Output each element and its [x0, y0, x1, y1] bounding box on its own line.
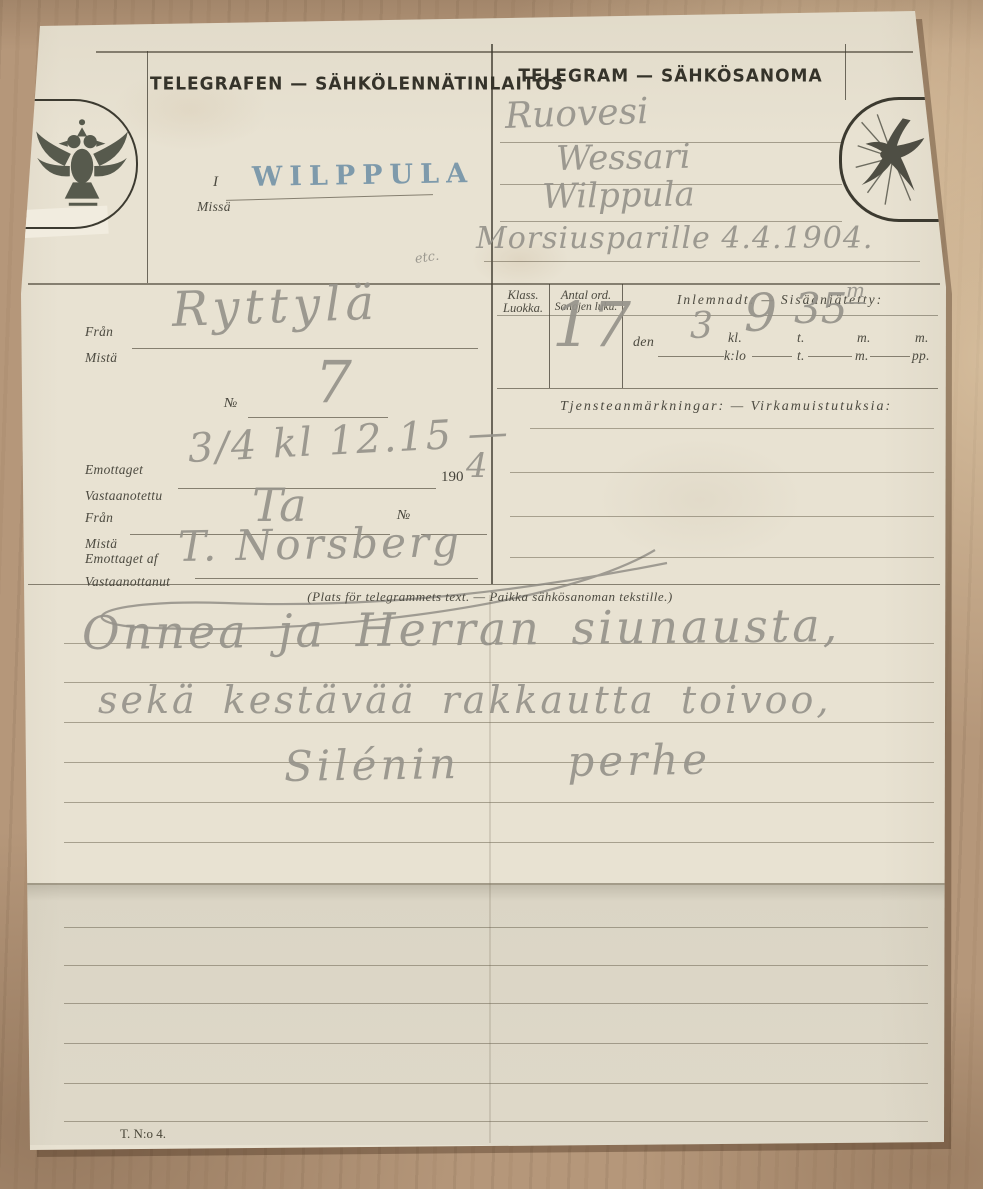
t-sup-handwriting: m: [846, 278, 865, 304]
right-margin-rule: [845, 44, 846, 100]
t-label-fi: t.: [797, 348, 805, 364]
den-line: [658, 356, 724, 357]
address-handwriting: Ruovesi: [504, 91, 649, 137]
form-ref-number: T. N:o 4.: [120, 1126, 166, 1142]
photo-of-telegram-on-wood: TELEGRAFEN — SÄHKÖLENNÄTINLAITOS I Missä…: [0, 0, 983, 1189]
message-line: [64, 802, 934, 803]
number-label: №: [224, 396, 237, 412]
form-title-left: TELEGRAFEN — SÄHKÖLENNÄTINLAITOS: [150, 73, 488, 94]
from2-label-sv: Från: [85, 510, 113, 526]
center-divider-rule: [491, 44, 493, 584]
m1-line: [870, 356, 910, 357]
pencil-note: etc.: [414, 249, 440, 267]
kl-label-fi: k:lo: [724, 348, 746, 364]
service-line: [530, 428, 934, 429]
submitted-header: Inlemnadt: — Sisäänjätetty:: [630, 292, 930, 308]
lower-fold-shading: [24, 885, 946, 1145]
from1-line: [132, 348, 478, 349]
address-handwriting: Wilppula: [542, 174, 695, 217]
where-label-fi: Missä: [197, 199, 231, 215]
blank-line: [64, 1083, 928, 1084]
message-line: [64, 722, 934, 723]
blank-line: [64, 965, 928, 966]
m1-label-fi: m.: [855, 348, 869, 364]
den-label: den: [633, 335, 654, 351]
t-handwriting: 35: [794, 284, 847, 333]
service-line: [510, 557, 934, 558]
station-stamp: WILPPULA: [252, 158, 475, 193]
year-printed: 190: [441, 469, 464, 486]
message-text-line2: sekä kestävää rakkautta toivoo,: [98, 678, 831, 722]
address-line-4: [484, 261, 920, 262]
received-line: [178, 488, 436, 489]
service-line: [510, 472, 934, 473]
where-line: [226, 194, 433, 201]
received-handwriting: 3/4 kl 12.15 —: [187, 409, 511, 472]
swallow-lightning-icon: [842, 100, 940, 219]
table-bottom-rule: [497, 388, 938, 389]
t-line: [808, 356, 852, 357]
vertical-fold: [489, 595, 491, 1143]
from1-handwriting: Ryttylä: [171, 275, 380, 338]
blank-line: [64, 1003, 928, 1004]
service-line: [510, 516, 934, 517]
blank-line: [64, 1043, 928, 1044]
address-handwriting: Morsiusparille 4.4.1904.: [476, 221, 873, 256]
den-handwriting: 3: [690, 306, 713, 347]
word-count-handwriting: 17: [552, 288, 631, 361]
left-margin-rule: [147, 51, 148, 283]
blank-line: [64, 927, 928, 928]
kl-handwriting: 9: [744, 284, 777, 344]
received-label-sv: Emottaget: [85, 462, 143, 478]
blank-line: [64, 1121, 928, 1122]
message-signature: Silénin perhe: [284, 735, 712, 791]
imperial-eagle-icon: [24, 101, 136, 227]
number-handwriting: 7: [315, 348, 352, 416]
message-line: [64, 842, 934, 843]
swallow-frame: [839, 97, 940, 222]
address-handwriting: Wessari: [556, 137, 691, 179]
m2-label-sv: m.: [915, 330, 929, 346]
form-title-right: TELEGRAM — SÄHKÖSANOMA: [498, 65, 843, 86]
service-notes-header: Tjensteanmärkningar: — Virkamuistutuksia…: [560, 399, 880, 415]
message-text-line1: Onnea ja Herran siunausta,: [82, 598, 841, 660]
class-header-fi: Luokka.: [496, 301, 550, 316]
kl-label-sv: kl.: [728, 330, 742, 346]
where-label-sv: I: [213, 174, 218, 191]
table-col-rule-1: [549, 284, 550, 388]
top-border-rule: [96, 51, 913, 53]
imperial-eagle-frame: [24, 99, 138, 229]
telegram-sheet: TELEGRAFEN — SÄHKÖLENNÄTINLAITOS I Missä…: [0, 0, 983, 1189]
received-label-fi: Vastaanotettu: [85, 488, 162, 504]
from1-label-fi: Mistä: [85, 350, 117, 366]
kl-line: [752, 356, 792, 357]
m2-label-fi: pp.: [912, 348, 930, 364]
from1-label-sv: Från: [85, 324, 113, 340]
m1-label-sv: m.: [857, 330, 871, 346]
